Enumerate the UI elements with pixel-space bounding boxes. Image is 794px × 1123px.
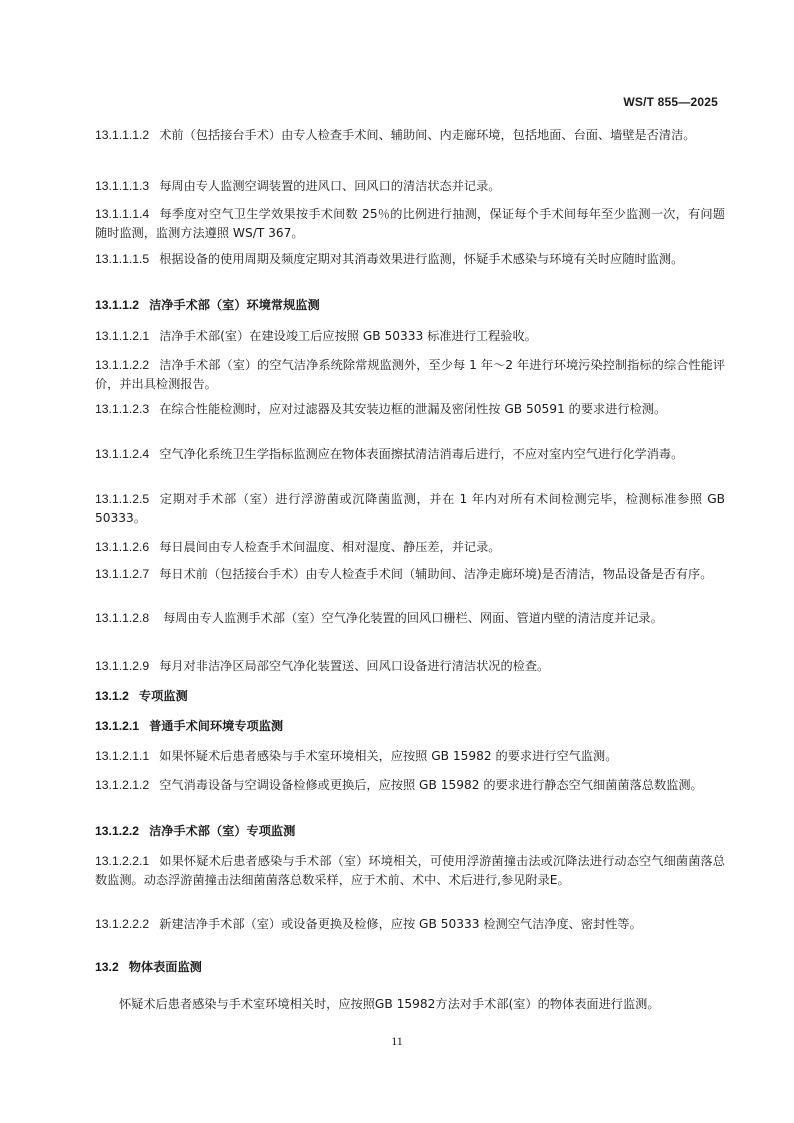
clause-13-1-1-1-5: 13.1.1.1.5根据设备的使用周期及频度定期对其消毒效果进行监测，怀疑手术感… [95,250,683,269]
clause-13-1-2-1-2: 13.1.2.1.2空气消毒设备与空调设备检修或更换后，应按照 GB 15982… [95,776,703,795]
section-title: 专项监测 [139,689,188,703]
section-title: 物体表面监测 [129,960,202,974]
section-heading-13-2: 13.2物体表面监测 [95,958,202,977]
clause-number: 13.1.1.2.4 [95,447,149,461]
clause-text: 每月对非洁净区局部空气净化装置送、回风口设备进行清洁状况的检查。 [159,659,549,673]
section-number: 13.1.2.1 [95,719,139,733]
clause-number: 13.1.2.1.1 [95,749,149,763]
section-title: 洁净手术部（室）专项监测 [149,824,295,838]
clause-number: 13.1.1.2.6 [95,540,149,554]
clause-13-1-1-2-9: 13.1.1.2.9每月对非洁净区局部空气净化装置送、回风口设备进行清洁状况的检… [95,657,549,676]
clause-13-1-2-1-1: 13.1.2.1.1如果怀疑术后患者感染与手术室环境相关，应按照 GB 1598… [95,747,617,766]
clause-13-1-1-2-7: 13.1.1.2.7每日术前（包括接台手术）由专人检查手术间（辅助间、洁净走廊环… [95,565,712,584]
clause-text: 每日术前（包括接台手术）由专人检查手术间（辅助间、洁净走廊环境)是否清洁，物品设… [159,567,712,581]
section-number: 13.1.1.2 [95,298,139,312]
section-heading-13-1-2: 13.1.2专项监测 [95,687,188,706]
clause-13-1-2-2-2: 13.1.2.2.2新建洁净手术部（室）或设备更换及检修，应按 GB 50333… [95,915,642,934]
clause-text: 洁净手术部（室）的空气洁净系统除常规监测外，至少每 1 年～2 年进行环境污染控… [95,358,725,391]
section-number: 13.1.2.2 [95,824,139,838]
section-heading-13-1-2-2: 13.1.2.2洁净手术部（室）专项监测 [95,822,295,841]
clause-text: 如果怀疑术后患者感染与手术部（室）环境相关，可使用浮游菌撞击法或沉降法进行动态空… [95,854,725,887]
clause-text: 空气消毒设备与空调设备检修或更换后，应按照 GB 15982 的要求进行静态空气… [159,778,703,792]
clause-number: 13.1.2.2.2 [95,917,149,931]
section-title: 洁净手术部（室）环境常规监测 [149,298,320,312]
clause-13-1-1-2-3: 13.1.1.2.3在综合性能检测时，应对过滤器及其安装边框的泄漏及密闭性按 G… [95,400,666,419]
section-number: 13.2 [95,960,119,974]
clause-number: 13.1.1.2.2 [95,358,149,372]
clause-13-1-1-2-8: 13.1.1.2.8 每周由专人监测手术部（室）空气净化装置的回风口栅栏、网面、… [95,609,663,628]
clause-text: 根据设备的使用周期及频度定期对其消毒效果进行监测，怀疑手术感染与环境有关时应随时… [159,252,683,266]
clause-13-1-1-2-6: 13.1.1.2.6每日晨间由专人检查手术间温度、相对湿度、静压差，并记录。 [95,538,500,557]
clause-13-1-1-2-1: 13.1.1.2.1洁净手术部(室）在建设竣工后应按照 GB 50333 标准进… [95,327,537,346]
clause-number: 13.1.1.2.9 [95,659,149,673]
body-paragraph: 怀疑术后患者感染与手术室环境相关时，应按照GB 15982方法对手术部(室）的物… [95,995,660,1014]
clause-13-1-1-2-5: 13.1.1.2.5定期对手术部（室）进行浮游菌或沉降菌监测，并在 1 年内对所… [95,490,725,528]
clause-number: 13.1.1.1.3 [95,179,149,193]
clause-number: 13.1.1.2.5 [95,492,149,506]
clause-number: 13.1.1.2.8 [95,611,149,625]
clause-number: 13.1.1.1.5 [95,252,149,266]
document-code: WS/T 855—2025 [623,95,718,109]
clause-13-1-2-2-1: 13.1.2.2.1如果怀疑术后患者感染与手术部（室）环境相关，可使用浮游菌撞击… [95,852,725,890]
clause-text: 新建洁净手术部（室）或设备更换及检修，应按 GB 50333 检测空气洁净度、密… [159,917,642,931]
clause-13-1-1-1-2: 13.1.1.1.2术前（包括接台手术）由专人检查手术间、辅助间、内走廊环境，包… [95,126,695,145]
clause-text: 每周由专人监测手术部（室）空气净化装置的回风口栅栏、网面、管道内壁的清洁度并记录… [159,611,663,625]
page-number: 11 [0,1034,794,1049]
clause-text: 定期对手术部（室）进行浮游菌或沉降菌监测，并在 1 年内对所有术间检测完毕，检测… [95,492,725,525]
clause-number: 13.1.2.1.2 [95,778,149,792]
clause-13-1-1-1-4: 13.1.1.1.4每季度对空气卫生学效果按手术间数 25％的比例进行抽测，保证… [95,205,725,243]
clause-number: 13.1.2.2.1 [95,854,149,868]
clause-13-1-1-1-3: 13.1.1.1.3每周由专人监测空调装置的进风口、回风口的清洁状态并记录。 [95,177,500,196]
clause-number: 13.1.1.1.4 [95,207,149,221]
clause-13-1-1-2-2: 13.1.1.2.2洁净手术部（室）的空气洁净系统除常规监测外，至少每 1 年～… [95,356,725,394]
clause-number: 13.1.1.1.2 [95,128,149,142]
clause-text: 每周由专人监测空调装置的进风口、回风口的清洁状态并记录。 [159,179,500,193]
clause-number: 13.1.1.2.1 [95,329,149,343]
section-number: 13.1.2 [95,689,129,703]
clause-text: 空气净化系统卫生学指标监测应在物体表面擦拭清洁消毒后进行，不应对室内空气进行化学… [159,447,683,461]
clause-number: 13.1.1.2.3 [95,402,149,416]
clause-text: 如果怀疑术后患者感染与手术室环境相关，应按照 GB 15982 的要求进行空气监… [159,749,617,763]
section-title: 普通手术间环境专项监测 [149,719,283,733]
clause-text: 每季度对空气卫生学效果按手术间数 25％的比例进行抽测，保证每个手术间每年至少监… [95,207,725,240]
clause-text: 每日晨间由专人检查手术间温度、相对湿度、静压差，并记录。 [159,540,500,554]
section-heading-13-1-2-1: 13.1.2.1普通手术间环境专项监测 [95,717,283,736]
section-heading-13-1-1-2: 13.1.1.2洁净手术部（室）环境常规监测 [95,296,320,315]
clause-number: 13.1.1.2.7 [95,567,149,581]
clause-13-1-1-2-4: 13.1.1.2.4空气净化系统卫生学指标监测应在物体表面擦拭清洁消毒后进行，不… [95,445,683,464]
clause-text: 洁净手术部(室）在建设竣工后应按照 GB 50333 标准进行工程验收。 [159,329,537,343]
clause-text: 术前（包括接台手术）由专人检查手术间、辅助间、内走廊环境，包括地面、台面、墙壁是… [159,128,695,142]
clause-text: 在综合性能检测时，应对过滤器及其安装边框的泄漏及密闭性按 GB 50591 的要… [159,402,666,416]
